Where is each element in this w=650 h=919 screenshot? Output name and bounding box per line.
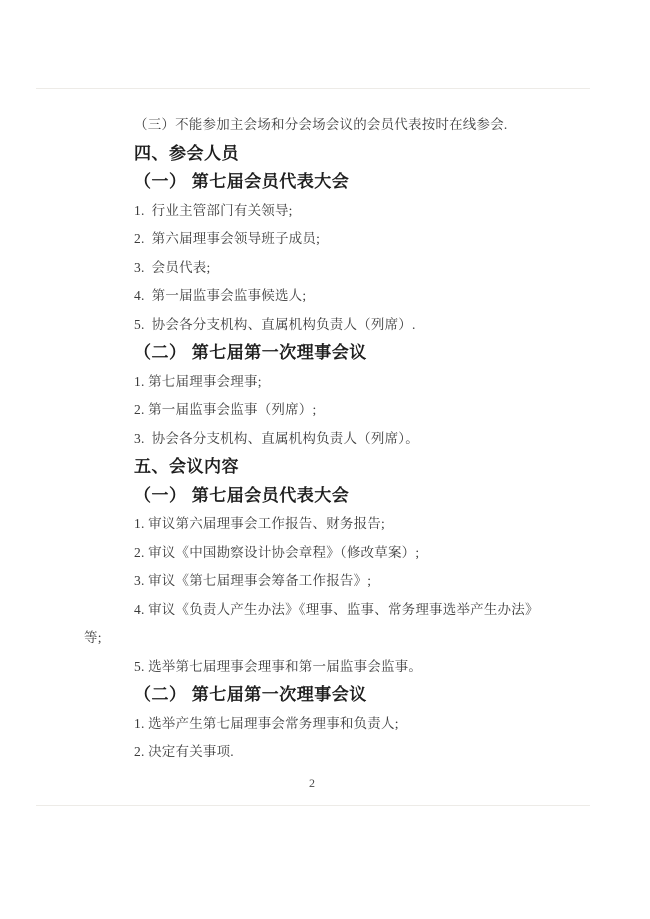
list-item: 1. 审议第六届理事会工作报告、财务报告; (84, 510, 584, 539)
subsection-heading: （二） 第七届第一次理事会议 (84, 681, 584, 710)
document-body: （三）不能参加主会场和分会场会议的会员代表按时在线参会. 四、参会人员 （一） … (84, 111, 584, 767)
list-item: 1. 第七届理事会理事; (84, 368, 584, 397)
list-item: 1. 选举产生第七届理事会常务理事和负责人; (84, 710, 584, 739)
list-item: 5. 选举第七届理事会理事和第一届监事会监事。 (84, 653, 584, 682)
subsection-heading: （一） 第七届会员代表大会 (84, 482, 584, 511)
list-item: 3. 会员代表; (84, 254, 584, 283)
document-page: （三）不能参加主会场和分会场会议的会员代表按时在线参会. 四、参会人员 （一） … (0, 0, 650, 919)
subsection-heading: （二） 第七届第一次理事会议 (84, 339, 584, 368)
list-item: 4. 审议《负责人产生办法》《理事、监事、常务理事选举产生办法》 (84, 596, 584, 625)
list-item: 4. 第一届监事会监事候选人; (84, 282, 584, 311)
list-item: 2. 决定有关事项. (84, 738, 584, 767)
list-item: 5. 协会各分支机构、直属机构负责人（列席）. (84, 311, 584, 340)
page-bottom-edge-line (36, 805, 590, 806)
list-item: 2. 第一届监事会监事（列席）; (84, 396, 584, 425)
list-item: 3. 审议《第七届理事会筹备工作报告》; (84, 567, 584, 596)
page-top-edge-line (36, 88, 590, 89)
wrap-line: 等; (84, 624, 584, 653)
page-number: 2 (0, 776, 624, 791)
section-heading: 五、会议内容 (84, 453, 584, 482)
list-item: 2. 第六届理事会领导班子成员; (84, 225, 584, 254)
list-item: 3. 协会各分支机构、直属机构负责人（列席）。 (84, 425, 584, 454)
paragraph: （三）不能参加主会场和分会场会议的会员代表按时在线参会. (84, 111, 584, 140)
subsection-heading: （一） 第七届会员代表大会 (84, 168, 584, 197)
section-heading: 四、参会人员 (84, 140, 584, 169)
list-item: 2. 审议《中国勘察设计协会章程》（修改草案）; (84, 539, 584, 568)
list-item: 1. 行业主管部门有关领导; (84, 197, 584, 226)
